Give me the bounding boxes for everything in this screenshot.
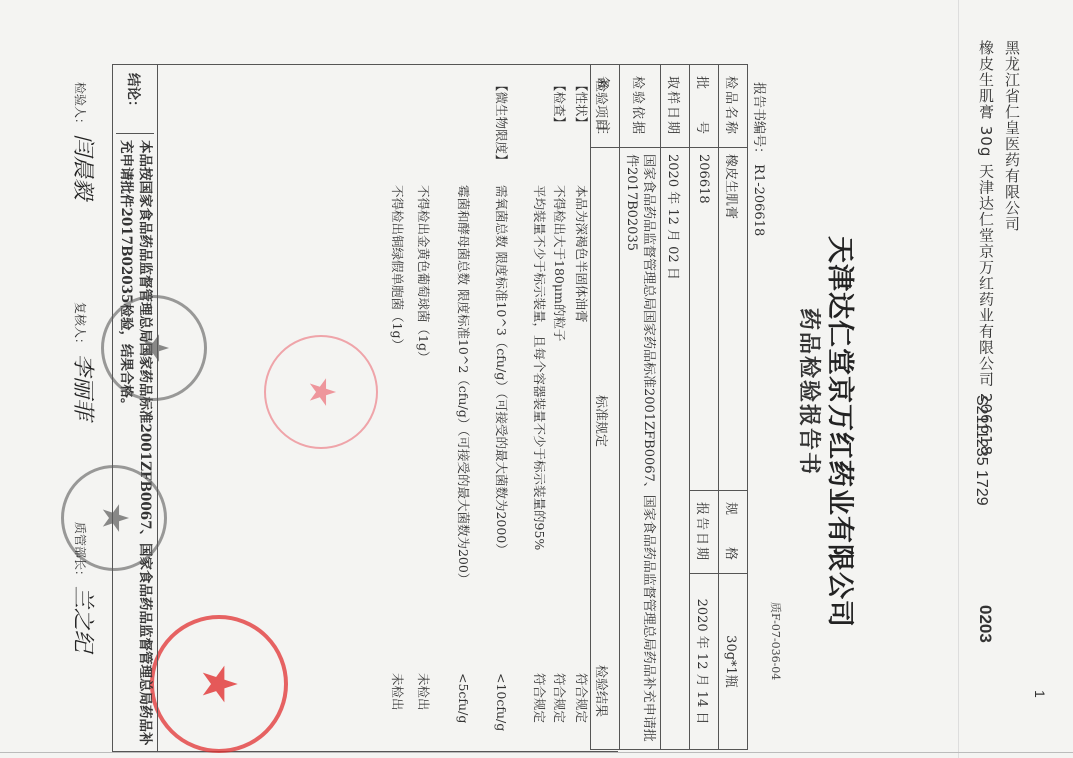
test-standard: 平均装量不少于标示装量，且每个容器装量不少于标示装量的95% [531, 185, 548, 655]
star-icon: ★ [303, 376, 339, 408]
report-title: 药品检验报告书 [795, 82, 826, 702]
strip-company-line: 黑龙江省仁皇医药有限公司 [1002, 40, 1023, 232]
test-standard: 不得检出大于180μm的粒子 [551, 185, 568, 341]
test-item: 【微生物限度】 [493, 79, 510, 167]
field-label: 取样日期 [661, 65, 690, 148]
header-standard: 标准规定 [593, 395, 612, 447]
field-value: 2020 年 12 月 02 日 [661, 148, 690, 750]
field-value: 橡皮生肌膏 [719, 148, 748, 491]
stamp-shandong: ★ [150, 615, 288, 753]
header-result: 检验结果 [593, 665, 612, 717]
report-date-value: 2020 年 12 月 14 日 [690, 574, 719, 750]
header-item: 检验项目 [593, 79, 612, 131]
scan-bottom-edge [0, 752, 1073, 753]
inspection-report-sheet: 天津达仁堂京万红药业有限公司 药品检验报告书 质F-07-036-04 报告书编… [10, 42, 870, 742]
test-standard: 不得检出铜绿假单胞菌（1g） [389, 185, 406, 351]
reviewer-label: 复核人： [73, 302, 87, 350]
test-result: 未检出 [415, 673, 432, 711]
test-item: 【性状】 [573, 79, 590, 129]
inspector: 检验人： 闫晨毅 [69, 82, 100, 200]
qa-head: 质管部长： 兰之纪 [69, 522, 100, 652]
test-standard: 不得检出金黄色葡萄球菌（1g） [415, 185, 432, 363]
star-icon: ★ [96, 502, 132, 534]
scan-edge [958, 0, 959, 758]
strip-page-number: 1 [1032, 690, 1048, 698]
star-icon: ★ [136, 332, 172, 364]
table-row: 检品名称 橡皮生肌膏 规 格 30g*1瓶 [719, 65, 748, 750]
test-result: 符合规定 [531, 673, 548, 723]
test-result: 符合规定 [551, 673, 568, 723]
test-standard: 霉菌和酵母菌总数 限度标准10^2（cfu/g）（可接受的最大菌数为200） [455, 185, 472, 655]
table-row: 取样日期 2020 年 12 月 02 日 [661, 65, 690, 750]
report-number: 报告书编号： R1-206618 [751, 82, 770, 236]
reviewer-signature: 李丽菲 [70, 354, 95, 420]
form-number: 质F-07-036-04 [768, 602, 784, 680]
report-number-value: R1-206618 [751, 164, 766, 236]
report-company: 天津达仁堂京万红药业有限公司 [823, 122, 862, 742]
test-result: 符合规定 [573, 673, 590, 723]
test-result: 未检出 [389, 673, 406, 711]
test-standard: 需氧菌总数 限度标准10^3（cfu/g）（可接受的最大菌数为2000） [493, 185, 510, 655]
field-value: 206618 [690, 148, 719, 491]
table-row: 检验依据 国家食品药品监督管理总局国家药品标准2001ZFB0067、国家食品药… [620, 65, 661, 750]
stamp-inspection-1: ★ [101, 295, 207, 401]
stamp-heilongjiang: ★ [264, 335, 378, 449]
field-label: 检品名称 [719, 65, 748, 148]
qa-label: 质管部长： [73, 522, 87, 582]
report-number-label: 报告书编号： [751, 82, 766, 160]
strip-code: S2111235 1729 [972, 395, 990, 506]
qa-signature: 兰之纪 [70, 586, 95, 652]
table-row: 批 号 206618 报告日期 2020 年 12 月 14 日 [690, 65, 719, 750]
test-result: <10cfu/g [493, 673, 510, 731]
star-icon: ★ [195, 662, 243, 705]
field-label: 检验依据 [620, 65, 661, 148]
test-results-section: 检验项目 标准规定 检验结果 【性状】 本品为深褐色半固体油膏 符合规定 【检查… [157, 64, 618, 752]
conclusion-label: 结论： [125, 73, 145, 114]
conclusion-text: 本品按国家食品药品监督管理总局国家药品标准2001ZFB0067、国家食品药品监… [116, 133, 154, 750]
report-date-label: 报告日期 [690, 491, 719, 574]
spec-value: 30g*1瓶 [719, 574, 748, 750]
inspector-signature: 闫晨毅 [70, 134, 95, 200]
test-result: <5cfu/g [455, 673, 472, 723]
reviewer: 复核人： 李丽菲 [69, 302, 100, 420]
inspector-label: 检验人： [73, 82, 87, 130]
spec-label: 规 格 [719, 491, 748, 574]
test-standard: 本品为深褐色半固体油膏 [573, 185, 590, 323]
strip-page-code: 0203 [975, 605, 995, 643]
test-item: 【检查】 [551, 79, 568, 129]
strip-product-line: 橡皮生肌膏 30g 天津达仁堂京万红药业有限公司 206618 [976, 40, 997, 456]
conclusion-box: 结论： 本品按国家食品药品监督管理总局国家药品标准2001ZFB0067、国家食… [112, 64, 158, 752]
field-label: 批 号 [690, 65, 719, 148]
field-value: 国家食品药品监督管理总局国家药品标准2001ZFB0067、国家食品药品监督管理… [620, 148, 661, 750]
